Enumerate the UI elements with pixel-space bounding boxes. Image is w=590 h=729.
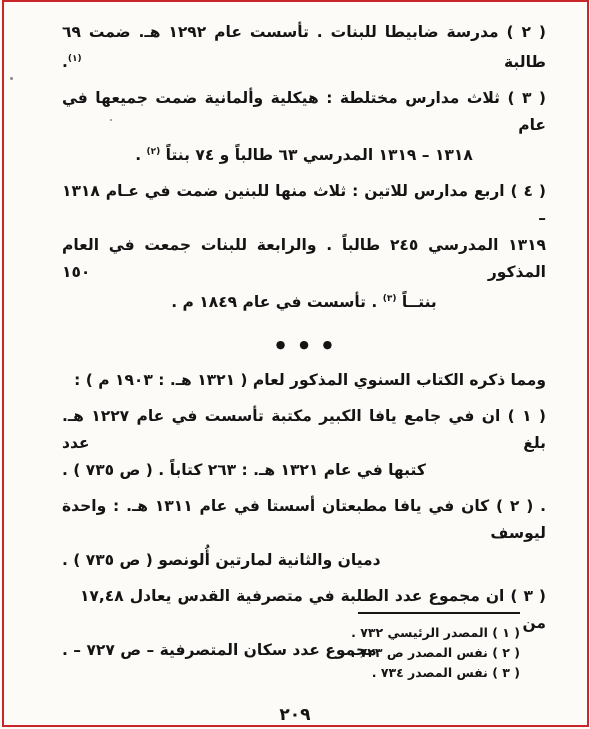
- text-line: ١٣١٨ – ١٣١٩ المدرسي ٦٣ طالباً و ٧٤ بنتاً…: [62, 139, 546, 169]
- page-body: ( ٢ ) مدرسة ضابيطا للبنات . تأسست عام ١٢…: [62, 19, 546, 664]
- line-text: بنتــاً: [396, 293, 436, 311]
- line-text: ١٣١٨ – ١٣١٩ المدرسي ٦٣ طالباً و ٧٤ بنتاً: [160, 146, 473, 164]
- footnote-item-2: ( ٢ ) نفس المصدر ص ٧٢٣ .: [210, 643, 520, 663]
- scanned-book-page: ( ٢ ) مدرسة ضابيطا للبنات . تأسست عام ١٢…: [0, 0, 590, 729]
- text-line: ( ٣ ) ثلاث مدارس مختلطة : هيكلية وألماني…: [62, 85, 546, 139]
- line-text: ( ٢ ) مدرسة ضابيطا للبنات . تأسست عام ١٢…: [62, 23, 546, 71]
- footnote-ref-3: (٣): [383, 294, 397, 304]
- paragraph-yearbook-intro: ومما ذكره الكتاب السنوي المذكور لعام ( ١…: [62, 367, 546, 394]
- line-text: . تأسست في عام ١٨٤٩ م .: [171, 293, 382, 311]
- footnotes-section: ( ١ ) المصدر الرئيسي ٧٣٢ . ( ٢ ) نفس الم…: [210, 612, 520, 683]
- text-line: ( ١ ) ان في جامع يافا الكبير مكتبة تأسست…: [62, 403, 546, 457]
- text-line: ( ٤ ) اربع مدارس للاتين : ثلاث منها للبن…: [62, 178, 546, 232]
- text-line: كتبها في عام ١٣٢١ هـ. : ٢٦٣ كتاباً . ( ص…: [62, 457, 546, 484]
- line-text: .: [135, 146, 146, 164]
- paragraph-schools-4: ( ٤ ) اربع مدارس للاتين : ثلاث منها للبن…: [62, 178, 546, 316]
- footnote-ref-1: (١): [68, 54, 82, 64]
- text-line: ١٣١٩ المدرسي ٢٤٥ طالباً . والرابعة للبنا…: [62, 232, 546, 286]
- footnote-item-1: ( ١ ) المصدر الرئيسي ٧٣٢ .: [210, 623, 520, 643]
- paragraph-yearbook-1: ( ١ ) ان في جامع يافا الكبير مكتبة تأسست…: [62, 403, 546, 484]
- text-line: ( ٢ ) مدرسة ضابيطا للبنات . تأسست عام ١٢…: [62, 19, 546, 76]
- paragraph-schools-3: ( ٣ ) ثلاث مدارس مختلطة : هيكلية وألماني…: [62, 85, 546, 169]
- paragraph-yearbook-2: . ( ٢ ) كان في يافا مطبعتان أسستا في عام…: [62, 493, 546, 574]
- footnote-item-3: ( ٣ ) نفس المصدر ٧٣٤ .: [210, 663, 520, 683]
- text-line: بنتــاً (٣) . تأسست في عام ١٨٤٩ م .: [62, 286, 546, 316]
- section-separator-dots: ● ● ●: [62, 331, 546, 358]
- text-line: . ( ٢ ) كان في يافا مطبعتان أسستا في عام…: [62, 493, 546, 547]
- footnote-divider: [358, 612, 520, 614]
- page-number: ٢٠٩: [0, 705, 590, 725]
- text-line: ومما ذكره الكتاب السنوي المذكور لعام ( ١…: [62, 367, 546, 394]
- scan-speck: [10, 77, 13, 80]
- footnote-ref-2: (٢): [147, 147, 161, 157]
- paragraph-schools-2: ( ٢ ) مدرسة ضابيطا للبنات . تأسست عام ١٢…: [62, 19, 546, 76]
- text-line: دميان والثانية لمارتين أُلونصو ( ص ٧٣٥ )…: [62, 547, 546, 574]
